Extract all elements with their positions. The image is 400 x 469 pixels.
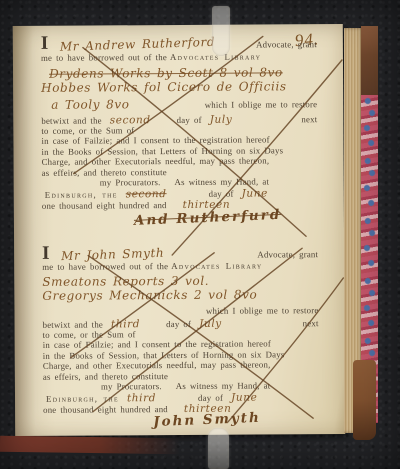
printed-text: Advocate, grant bbox=[256, 39, 317, 49]
printed-text: day of bbox=[209, 189, 234, 199]
mounting-tab-top bbox=[212, 6, 230, 56]
borrowing-form-1: I Mr Andrew Rutherford Advocate, grant m… bbox=[41, 36, 318, 238]
printed-text: me to have borrowed out of the bbox=[41, 52, 167, 63]
printed-text: Charge, and other Executorials needful, … bbox=[43, 359, 271, 370]
form-line: me to have borrowed out of the Advocates… bbox=[41, 51, 317, 63]
printed-text: Edinburgh, the bbox=[46, 393, 119, 403]
mounting-tab-bottom bbox=[208, 428, 229, 469]
form-line: which I oblige me to restore bbox=[42, 305, 318, 317]
book-title: Smeatons Reports 3 vol. bbox=[42, 274, 209, 289]
ledger-page: 94. I Mr Andrew Rutherford Advocate, gra… bbox=[13, 24, 345, 436]
cover-edge-bottom-left bbox=[0, 436, 180, 455]
printed-text: As witness my Hand, at bbox=[176, 380, 271, 391]
book-title: a Tooly 8vo bbox=[51, 97, 129, 111]
form-line: my Procurators. As witness my Hand, at bbox=[42, 176, 318, 188]
printed-text: Charge, and other Executorials needful, … bbox=[42, 155, 270, 166]
leather-corner-bottom-right bbox=[353, 360, 376, 440]
printed-text: in case of Failzie; and I consent to the… bbox=[43, 338, 271, 349]
printed-text: day of bbox=[166, 319, 191, 329]
form-line: me to have borrowed out of the Advocates… bbox=[42, 260, 318, 272]
printed-text: day of bbox=[198, 393, 223, 403]
form-line: a Tooly 8vo which I oblige me to restore bbox=[41, 96, 317, 112]
leather-edge-top-right bbox=[361, 26, 378, 98]
library-name: Advocates Library bbox=[171, 260, 262, 271]
printed-text: betwixt and the bbox=[41, 115, 101, 125]
form-line: I Mr Andrew Rutherford Advocate, grant bbox=[41, 36, 317, 52]
printed-text: in case of Failzie; and I consent to the… bbox=[41, 134, 269, 145]
book-title: Hobbes Works fol Cicero de Officiis bbox=[41, 79, 287, 94]
printed-text: As witness my Hand, at bbox=[174, 176, 269, 187]
printed-text: which I oblige me to restore bbox=[206, 305, 319, 316]
photographed-ledger-scene: 94. I Mr Andrew Rutherford Advocate, gra… bbox=[0, 0, 400, 469]
printed-text: as effeirs, and thereto constitute bbox=[43, 371, 168, 382]
printed-text: day of bbox=[177, 115, 202, 125]
drop-initial: I bbox=[42, 249, 50, 259]
printed-text: one thousand eight hundred and bbox=[43, 404, 168, 415]
form-line: my Procurators. As witness my Hand, at bbox=[43, 380, 319, 392]
printed-text: my Procurators. bbox=[100, 177, 161, 187]
book-title-struck: Drydens Works by Scott 8 vol 8vo bbox=[49, 65, 283, 80]
printed-text: one thousand eight hundred and bbox=[42, 200, 167, 211]
borrower-name: Mr Andrew Rutherford bbox=[59, 35, 215, 54]
printed-text: betwixt and the bbox=[43, 319, 103, 329]
printed-text: as effeirs, and thereto constitute bbox=[42, 167, 167, 178]
printed-text: my Procurators. bbox=[101, 381, 162, 391]
form-line: Hobbes Works fol Cicero de Officiis bbox=[41, 79, 317, 95]
printed-text: to come, or the Sum of bbox=[43, 329, 136, 340]
book-title: Gregorys Mechanicks 2 vol 8vo bbox=[42, 288, 257, 303]
printed-text: Advocate, grant bbox=[257, 249, 318, 259]
printed-text: which I oblige me to restore bbox=[205, 99, 318, 110]
printed-text: to come, or the Sum of bbox=[41, 125, 134, 136]
drop-initial: I bbox=[41, 39, 49, 49]
printed-text: next bbox=[301, 114, 317, 124]
printed-text: me to have borrowed out of the bbox=[42, 261, 168, 272]
printed-text: next bbox=[303, 318, 319, 328]
borrowing-form-2: I Mr John Smyth Advocate, grant me to ha… bbox=[42, 246, 319, 438]
printed-text: Edinburgh, the bbox=[45, 189, 118, 199]
form-line: Gregorys Mechanicks 2 vol 8vo bbox=[42, 287, 318, 303]
